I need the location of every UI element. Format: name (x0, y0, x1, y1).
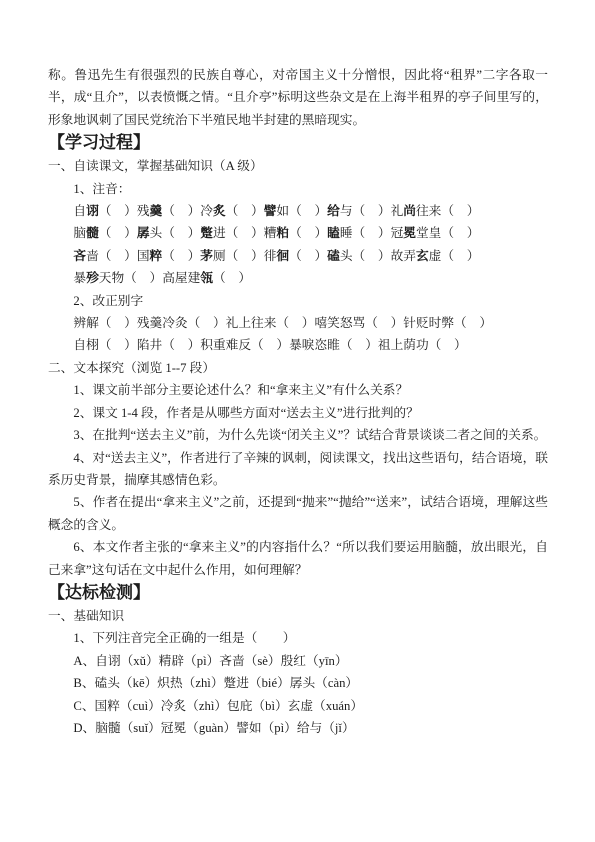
explore-question-1: 1、课文前半部分主要论述什么？和“拿来主义”有什么关系？ (48, 379, 548, 401)
text-run: 脑 (73, 226, 86, 240)
bold-annotated-character: 髓 (86, 226, 99, 240)
bold-annotated-character: 尚 (403, 204, 416, 218)
explore-question-6: 6、本文作者主张的“拿来主义”的内容指什么？“所以我们要运用脑髓，放出眼光，自己… (48, 536, 548, 581)
zhuyin-line-4: 暴殄天物（ ）高屋建瓴（ ） (48, 267, 548, 289)
correction-task-label: 2、改正别字 (48, 290, 548, 312)
section-basics-title: 一、自读课文，掌握基础知识（A 级） (48, 155, 548, 177)
explore-question-4: 4、对“送去主义”，作者进行了辛辣的讽刺，阅读课文，找出这些语句，结合语境，联系… (48, 447, 548, 492)
bold-annotated-character: 蹩 (200, 226, 213, 240)
text-run: （ ） (99, 226, 137, 240)
text-run: 啬（ ）国 (86, 249, 149, 263)
bold-annotated-character: 磕 (327, 249, 340, 263)
bold-annotated-character: 玄 (416, 249, 429, 263)
text-run: 睡（ ）冠 (340, 226, 403, 240)
bold-annotated-character: 诩 (86, 204, 99, 218)
text-run: 虚（ ） (429, 249, 480, 263)
correction-line-2: 自栩（ ）陷井（ ）积重难反（ ）暴唳恣睢（ ）祖上荫功（ ） (48, 334, 548, 356)
bold-annotated-character: 殄 (86, 271, 99, 285)
text-run: 与（ ）礼 (340, 204, 403, 218)
explore-question-5: 5、作者在提出“拿来主义”之前，还提到“抛来”“抛给”“送来”，试结合语境，理解… (48, 491, 548, 536)
bold-annotated-character: 瞌 (327, 226, 340, 240)
bold-annotated-character: 粕 (276, 226, 289, 240)
bold-annotated-character: 譬 (264, 204, 277, 218)
text-run: 堂皇（ ） (416, 226, 479, 240)
bold-annotated-character: 吝 (73, 249, 86, 263)
text-run: （ ） (162, 249, 200, 263)
text-run: （ ） (213, 271, 251, 285)
bold-annotated-character: 徊 (276, 249, 289, 263)
text-run: （ ）残 (99, 204, 150, 218)
text-run: 厕（ ）徘 (213, 249, 276, 263)
bold-annotated-character: 孱 (137, 226, 150, 240)
bold-annotated-character: 冕 (403, 226, 416, 240)
mcq-option-a: A、自诩（xǔ）精辟（pì）吝啬（sè）殷红（yīn） (48, 650, 548, 672)
document-page: 称。鲁迅先生有很强烈的民族自尊心，对帝国主义十分憎恨，因此将“租界”二字各取一半… (0, 0, 595, 842)
bold-annotated-character: 羹 (150, 204, 163, 218)
text-run: 头（ ） (150, 226, 201, 240)
bold-annotated-character: 瓴 (200, 271, 213, 285)
learning-process-heading: 【学习过程】 (48, 131, 548, 155)
text-run: 头（ ）故弄 (340, 249, 416, 263)
section-explore-title: 二、文本探究（浏览 1--7 段） (48, 357, 548, 379)
text-run: （ ） (226, 204, 264, 218)
zhuyin-line-1: 自诩（ ）残羹（ ）冷炙（ ）譬如（ ）给与（ ）礼尚往来（ ） (48, 200, 548, 222)
zhuyin-task-label: 1、注音： (48, 178, 548, 200)
bold-annotated-character: 茅 (200, 249, 213, 263)
standard-test-heading: 【达标检测】 (48, 581, 548, 605)
correction-line-1: 辨解（ ）残羹冷灸（ ）礼上往来（ ）嘻笑怒骂（ ）针贬时弊（ ） (48, 312, 548, 334)
bold-annotated-character: 粹 (150, 249, 163, 263)
text-run: （ ）冷 (162, 204, 213, 218)
text-run: （ ） (289, 249, 327, 263)
bold-annotated-character: 给 (327, 204, 340, 218)
text-run: 进（ ）糟 (213, 226, 276, 240)
text-run: 往来（ ） (416, 204, 479, 218)
explore-question-3: 3、在批判“送去主义”前，为什么先谈“闭关主义”？试结合背景谈谈二者之间的关系。 (48, 424, 548, 446)
pinyin-mcq-question: 1、下列注音完全正确的一组是（ ） (48, 627, 548, 649)
zhuyin-line-3: 吝啬（ ）国粹（ ）茅厕（ ）徘徊（ ）磕头（ ）故弄玄虚（ ） (48, 245, 548, 267)
intro-paragraph: 称。鲁迅先生有很强烈的民族自尊心，对帝国主义十分憎恨，因此将“租界”二字各取一半… (48, 64, 548, 131)
text-run: （ ） (289, 226, 327, 240)
mcq-option-b: B、磕头（kē）炽热（zhì）蹩进（bié）孱头（càn） (48, 672, 548, 694)
text-run: 如（ ） (276, 204, 327, 218)
mcq-option-d: D、脑髓（suǐ）冠冕（guàn）譬如（pì）给与（jǐ） (48, 717, 548, 739)
text-run: 暴 (73, 271, 86, 285)
text-run: 天物（ ）高屋建 (99, 271, 201, 285)
bold-annotated-character: 炙 (213, 204, 226, 218)
text-run: 自 (73, 204, 86, 218)
test-basics-title: 一、基础知识 (48, 605, 548, 627)
explore-question-2: 2、课文 1-4 段，作者是从哪些方面对“送去主义”进行批判的？ (48, 402, 548, 424)
zhuyin-line-2: 脑髓（ ）孱头（ ）蹩进（ ）糟粕（ ）瞌睡（ ）冠冕堂皇（ ） (48, 222, 548, 244)
mcq-option-c: C、国粹（cuì）冷炙（zhì）包庇（bì）玄虚（xuán） (48, 695, 548, 717)
